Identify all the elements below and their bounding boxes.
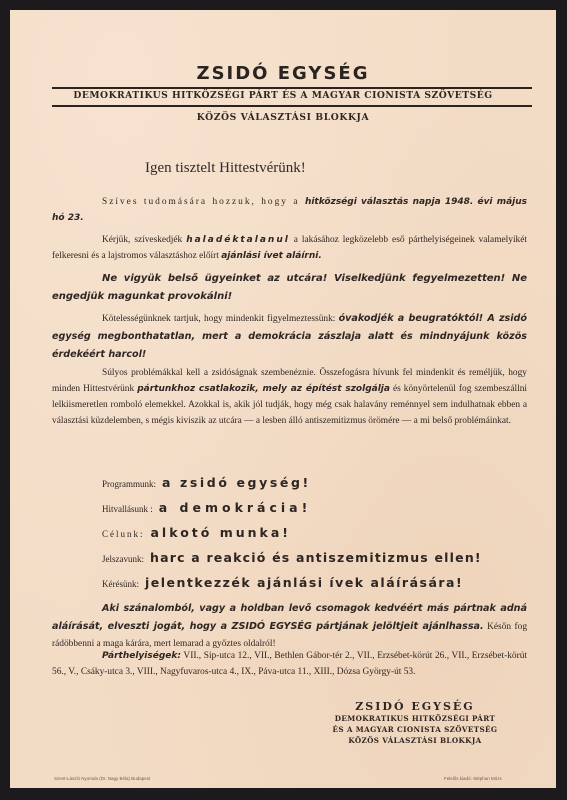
flyer-page: ZSIDÓ EGYSÉG DEMOKRATIKUS HITKÖZSÉGI PÁR… — [10, 10, 556, 788]
paragraph-election-date: Szíves tudomására hozzuk, hogy a hitközs… — [52, 194, 527, 226]
party-locations: Párthelyiségek: VII., Sip-utca 12., VII.… — [52, 648, 527, 680]
header-subtitle-2: KÖZÖS VÁLASZTÁSI BLOKKJA — [10, 112, 556, 123]
paragraph-discipline: Ne vigyük belső ügyeinket az utcára! Vis… — [52, 270, 527, 306]
slogan-request: Kérésünk: jelentkezzék ajánlási ívek alá… — [102, 575, 463, 590]
signature-block: ZSIDÓ EGYSÉG DEMOKRATIKUS HITKÖZSÉGI PÁR… — [320, 700, 510, 746]
slogan-motto: Jelszavunk: harc a reakció és antiszemit… — [102, 550, 482, 565]
header-subtitle: DEMOKRATIKUS HITKÖZSÉGI PÁRT ÉS A MAGYAR… — [10, 90, 556, 101]
paragraph-signature-warning: Aki szánalomból, vagy a holdban levő cso… — [52, 600, 527, 653]
slogan-program: Programmunk: a zsidó egység! — [102, 475, 311, 490]
publisher-imprint: Felelős kiadó: Stéphan Mózs — [444, 776, 502, 781]
paragraph-request: Kérjük, szíveskedjék haladéktalanul a la… — [52, 232, 527, 264]
header-rule-top — [52, 87, 532, 89]
slogan-creed: Hitvallásunk : a demokrácia! — [102, 500, 311, 515]
greeting: Igen tisztelt Hittestvérünk! — [145, 160, 306, 177]
signature-title: ZSIDÓ EGYSÉG — [320, 700, 510, 713]
printer-imprint: Szent-László Nyomda (Dr. Nagy Béla) Buda… — [54, 776, 150, 781]
signature-line-1: DEMOKRATIKUS HITKÖZSÉGI PÁRT — [320, 713, 510, 724]
header-title: ZSIDÓ EGYSÉG — [10, 63, 556, 84]
header-rule-bottom — [52, 105, 532, 107]
signature-line-2: ÉS A MAGYAR CIONISTA SZÖVETSÉG — [320, 724, 510, 735]
paragraph-problems: Súlyos problémákkal kell a zsidóságnak s… — [52, 365, 527, 429]
paragraph-warning-provocateurs: Kötelességünknek tartjuk, hogy mindenkit… — [52, 310, 527, 364]
slogan-goal: Célunk: alkotó munka! — [102, 525, 291, 540]
signature-line-3: KÖZÖS VÁLASZTÁSI BLOKKJA — [320, 735, 510, 746]
